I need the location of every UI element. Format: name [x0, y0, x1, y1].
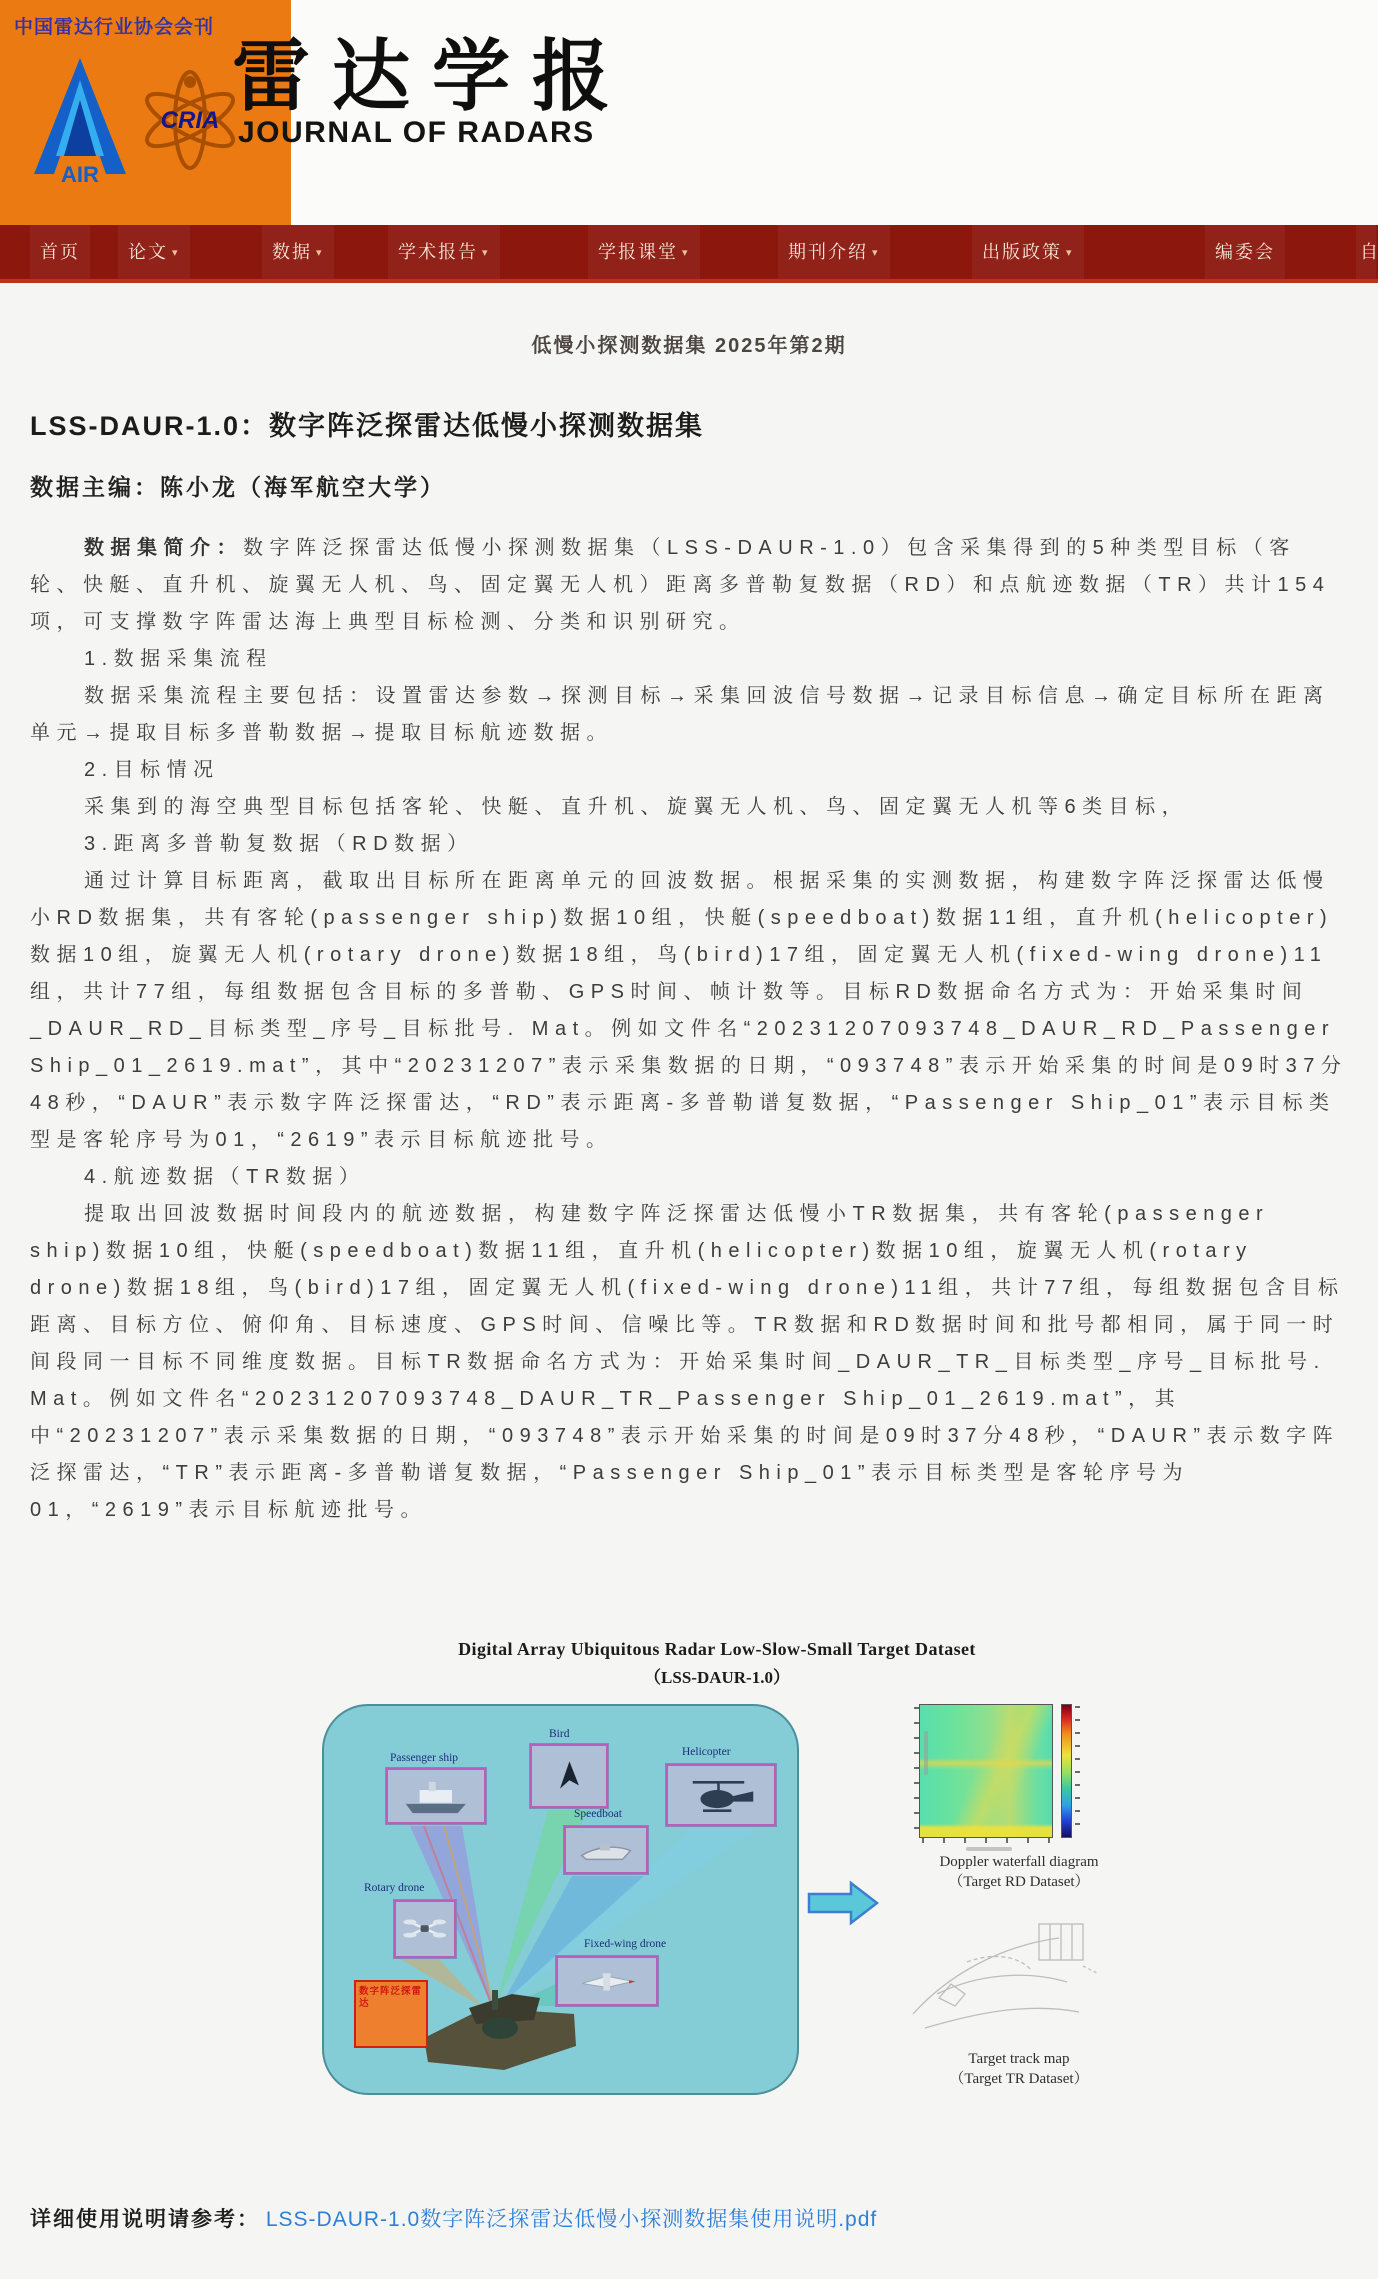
target-box-helicopter	[666, 1764, 776, 1826]
figure-subtitle: （LSS-DAUR-1.0）	[322, 1663, 1112, 1688]
tr-caption-line2: （Target TR Dataset）	[889, 2069, 1149, 2089]
doppler-waterfall-plot	[919, 1704, 1149, 1838]
heatmap-x-label	[966, 1847, 1012, 1851]
nav-item-4[interactable]: 学报课堂▾	[588, 225, 700, 279]
cria-logo-icon: CRIA	[138, 58, 242, 184]
scene-label-fixed-wing-drone: Fixed-wing drone	[584, 1938, 666, 1950]
scene-label-helicopter: Helicopter	[682, 1746, 731, 1758]
paragraph: 提取出回波数据时间段内的航迹数据，构建数字阵泛探雷达低慢小TR数据集，共有客轮(…	[30, 1196, 1348, 1529]
nav-item-label: 期刊介绍	[788, 242, 868, 262]
article-body: 数据集简介：数字阵泛探雷达低慢小探测数据集（LSS-DAUR-1.0）包含采集得…	[30, 530, 1348, 1529]
usage-pdf-link[interactable]: LSS-DAUR-1.0数字阵泛探雷达低慢小探测数据集使用说明.pdf	[266, 2208, 877, 2231]
radar-scene-illustration: 数字阵泛探雷达 Passenger shipBirdHelicopterSpee…	[322, 1704, 799, 2095]
nav-item-8[interactable]: 自	[1356, 225, 1376, 279]
scene-label-bird: Bird	[549, 1728, 569, 1740]
nav-item-label: 论文	[128, 242, 168, 262]
usage-note: 详细使用说明请参考： LSS-DAUR-1.0数字阵泛探雷达低慢小探测数据集使用…	[30, 2203, 1348, 2233]
chevron-down-icon: ▾	[872, 247, 880, 259]
chevron-down-icon: ▾	[172, 247, 180, 259]
nav-item-6[interactable]: 出版政策▾	[972, 225, 1084, 279]
rd-caption-line2: （Target RD Dataset）	[889, 1872, 1149, 1892]
nav-item-label: 数据	[272, 242, 312, 262]
heatmap-image	[919, 1704, 1053, 1838]
target-box-speedboat	[564, 1826, 648, 1874]
right-arrow-icon	[807, 1880, 879, 1926]
scene-label-rotary-drone: Rotary drone	[364, 1882, 424, 1894]
nav-item-label: 学术报告	[398, 242, 478, 262]
site-title: 雷达学报	[232, 14, 632, 126]
nav-item-label: 编委会	[1215, 242, 1275, 262]
paragraph: 数据集简介：数字阵泛探雷达低慢小探测数据集（LSS-DAUR-1.0）包含采集得…	[30, 530, 1348, 641]
target-track-map-image	[907, 1918, 1117, 2040]
paragraph: 采集到的海空典型目标包括客轮、快艇、直升机、旋翼无人机、鸟、固定翼无人机等6类目…	[30, 789, 1348, 826]
svg-text:AIR: AIR	[61, 162, 99, 187]
radar-name-label: 数字阵泛探雷达	[354, 1980, 428, 2048]
page: 中国雷达行业协会会刊 AIR CRIA 雷达学报 JOURNAL OF RADA…	[0, 0, 1378, 2279]
paragraph-bold-prefix: 数据集简介：	[84, 537, 243, 559]
main-content: 低慢小探测数据集 2025年第2期 LSS-DAUR-1.0：数字阵泛探雷达低慢…	[0, 283, 1378, 2095]
chevron-down-icon: ▾	[316, 247, 324, 259]
breadcrumb: 低慢小探测数据集 2025年第2期	[0, 283, 1378, 358]
nav-item-0[interactable]: 首页	[30, 225, 90, 279]
scene-label-passenger-ship: Passenger ship	[390, 1752, 458, 1764]
dataset-figure: Digital Array Ubiquitous Radar Low-Slow-…	[322, 1639, 1112, 2095]
nav-item-label: 自	[1360, 242, 1376, 262]
nav-item-7[interactable]: 编委会	[1205, 225, 1285, 279]
colorbar	[1061, 1704, 1072, 1838]
colorbar-ticks	[1075, 1706, 1080, 1836]
target-box-fixed-wing-drone	[556, 1956, 658, 2006]
figure-title: Digital Array Ubiquitous Radar Low-Slow-…	[322, 1639, 1112, 1660]
figure-right-column: Doppler waterfall diagram （Target RD Dat…	[889, 1704, 1149, 2089]
rd-caption-line1: Doppler waterfall diagram	[889, 1852, 1149, 1872]
air-logo-icon: AIR	[30, 52, 130, 187]
paragraph: 4.航迹数据（TR数据）	[30, 1159, 1348, 1196]
chevron-down-icon: ▾	[482, 247, 490, 259]
site-subtitle: JOURNAL OF RADARS	[238, 116, 595, 150]
page-title: LSS-DAUR-1.0：数字阵泛探雷达低慢小探测数据集	[30, 404, 1348, 443]
editor-line: 数据主编：陈小龙（海军航空大学）	[30, 469, 1348, 502]
tr-caption-line1: Target track map	[889, 2049, 1149, 2069]
chevron-down-icon: ▾	[682, 247, 690, 259]
target-box-rotary-drone	[394, 1900, 456, 1958]
paragraph: 数据采集流程主要包括：设置雷达参数→探测目标→采集回波信号数据→记录目标信息→确…	[30, 678, 1348, 752]
chevron-down-icon: ▾	[1066, 247, 1074, 259]
usage-note-prefix: 详细使用说明请参考：	[30, 2208, 260, 2231]
paragraph: 2.目标情况	[30, 752, 1348, 789]
nav-item-3[interactable]: 学术报告▾	[388, 225, 500, 279]
nav-item-5[interactable]: 期刊介绍▾	[778, 225, 890, 279]
nav-item-label: 出版政策	[982, 242, 1062, 262]
main-nav: 首页论文▾数据▾学术报告▾学报课堂▾期刊介绍▾出版政策▾编委会自	[0, 225, 1378, 283]
svg-text:CRIA: CRIA	[161, 107, 220, 134]
target-box-bird	[530, 1744, 608, 1808]
nav-item-1[interactable]: 论文▾	[118, 225, 190, 279]
heatmap-y-label	[924, 1731, 928, 1775]
heatmap-x-ticks	[922, 1838, 1052, 1843]
scene-label-speedboat: Speedboat	[574, 1808, 622, 1820]
nav-item-label: 首页	[40, 242, 80, 262]
paragraph: 通过计算目标距离，截取出目标所在距离单元的回波数据。根据采集的实测数据，构建数字…	[30, 863, 1348, 1159]
site-header: 中国雷达行业协会会刊 AIR CRIA 雷达学报 JOURNAL OF RADA…	[0, 0, 1378, 225]
tr-caption: Target track map （Target TR Dataset）	[889, 2049, 1149, 2089]
nav-item-label: 学报课堂	[598, 242, 678, 262]
paragraph: 3.距离多普勒复数据（RD数据）	[30, 826, 1348, 863]
heatmap-y-ticks	[914, 1707, 919, 1837]
nav-item-2[interactable]: 数据▾	[262, 225, 334, 279]
target-box-passenger-ship	[386, 1768, 486, 1824]
rd-caption: Doppler waterfall diagram （Target RD Dat…	[889, 1852, 1149, 1892]
paragraph: 1.数据采集流程	[30, 641, 1348, 678]
association-banner-text: 中国雷达行业协会会刊	[14, 12, 214, 39]
